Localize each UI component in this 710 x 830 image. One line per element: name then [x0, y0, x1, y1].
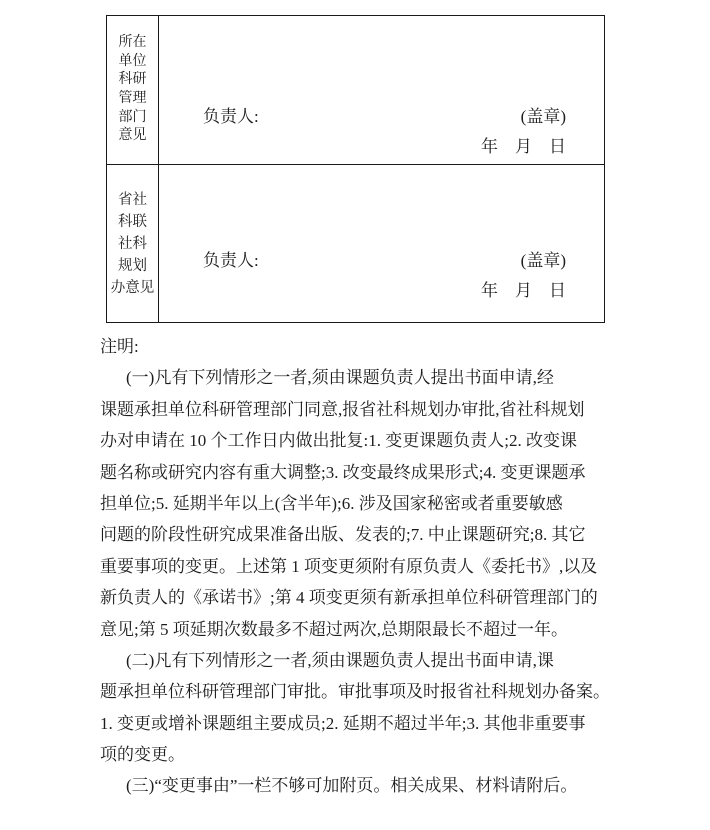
date-label: 年 月 日 [203, 280, 566, 302]
sign-line: 负责人: (盖章) [203, 106, 566, 128]
leader-label: 负责人: [203, 106, 259, 128]
note-line: 办对申请在 10 个工作日内做出批复:1. 变更课题负责人;2. 改变课 [100, 425, 630, 456]
opinion-table: 所在 单位 科研 管理 部门 意见 负责人: (盖章) 年 月 日 省社 科联 … [106, 15, 605, 323]
table-row-planning-office-opinion: 省社 科联 社科 规划 办意见 负责人: (盖章) 年 月 日 [107, 165, 604, 322]
leader-label: 负责人: [203, 250, 259, 272]
note-line: 担单位;5. 延期半年以上(含半年);6. 涉及国家秘密或者重要敏感 [100, 488, 630, 519]
note-line: 题名称或研究内容有重大调整;3. 改变最终成果形式;4. 变更课题承 [100, 457, 630, 488]
seal-label: (盖章) [521, 250, 566, 272]
date-label: 年 月 日 [203, 136, 566, 158]
note-line: 问题的阶段性研究成果准备出版、发表的;7. 中止课题研究;8. 其它 [100, 519, 630, 550]
note-line: 意见;第 5 项延期次数最多不超过两次,总期限最长不超过一年。 [100, 614, 630, 645]
seal-label: (盖章) [521, 106, 566, 128]
note-line: (三)“变更事由”一栏不够可加附页。相关成果、材料请附后。 [100, 770, 630, 801]
planning-office-opinion-content-cell: 负责人: (盖章) 年 月 日 [159, 165, 604, 322]
note-line: 1. 变更或增补课题组主要成员;2. 延期不超过半年;3. 其他非重要事 [100, 708, 630, 739]
notes-section: 注明: (一)凡有下列情形之一者,须由课题负责人提出书面申请,经 课题承担单位科… [100, 331, 630, 802]
unit-dept-opinion-content-cell: 负责人: (盖章) 年 月 日 [159, 16, 604, 164]
note-line: 项的变更。 [100, 739, 630, 770]
note-line: (二)凡有下列情形之一者,须由课题负责人提出书面申请,课 [100, 645, 630, 676]
note-line: 重要事项的变更。上述第 1 项变更须附有原负责人《委托书》,以及 [100, 551, 630, 582]
unit-dept-opinion-label: 所在 单位 科研 管理 部门 意见 [119, 34, 147, 146]
sign-line: 负责人: (盖章) [203, 250, 566, 272]
note-line: (一)凡有下列情形之一者,须由课题负责人提出书面申请,经 [100, 362, 630, 393]
notes-heading: 注明: [100, 331, 630, 362]
table-row-unit-dept-opinion: 所在 单位 科研 管理 部门 意见 负责人: (盖章) 年 月 日 [107, 16, 604, 165]
form-page: 所在 单位 科研 管理 部门 意见 负责人: (盖章) 年 月 日 省社 科联 … [0, 0, 710, 830]
planning-office-opinion-label: 省社 科联 社科 规划 办意见 [111, 189, 155, 299]
note-line: 题承担单位科研管理部门审批。审批事项及时报省社科规划办备案。 [100, 676, 630, 707]
note-line: 课题承担单位科研管理部门同意,报省社科规划办审批,省社科规划 [100, 394, 630, 425]
unit-dept-opinion-label-cell: 所在 单位 科研 管理 部门 意见 [107, 16, 159, 164]
note-line: 新负责人的《承诺书》;第 4 项变更须有新承担单位科研管理部门的 [100, 582, 630, 613]
planning-office-opinion-label-cell: 省社 科联 社科 规划 办意见 [107, 165, 159, 322]
